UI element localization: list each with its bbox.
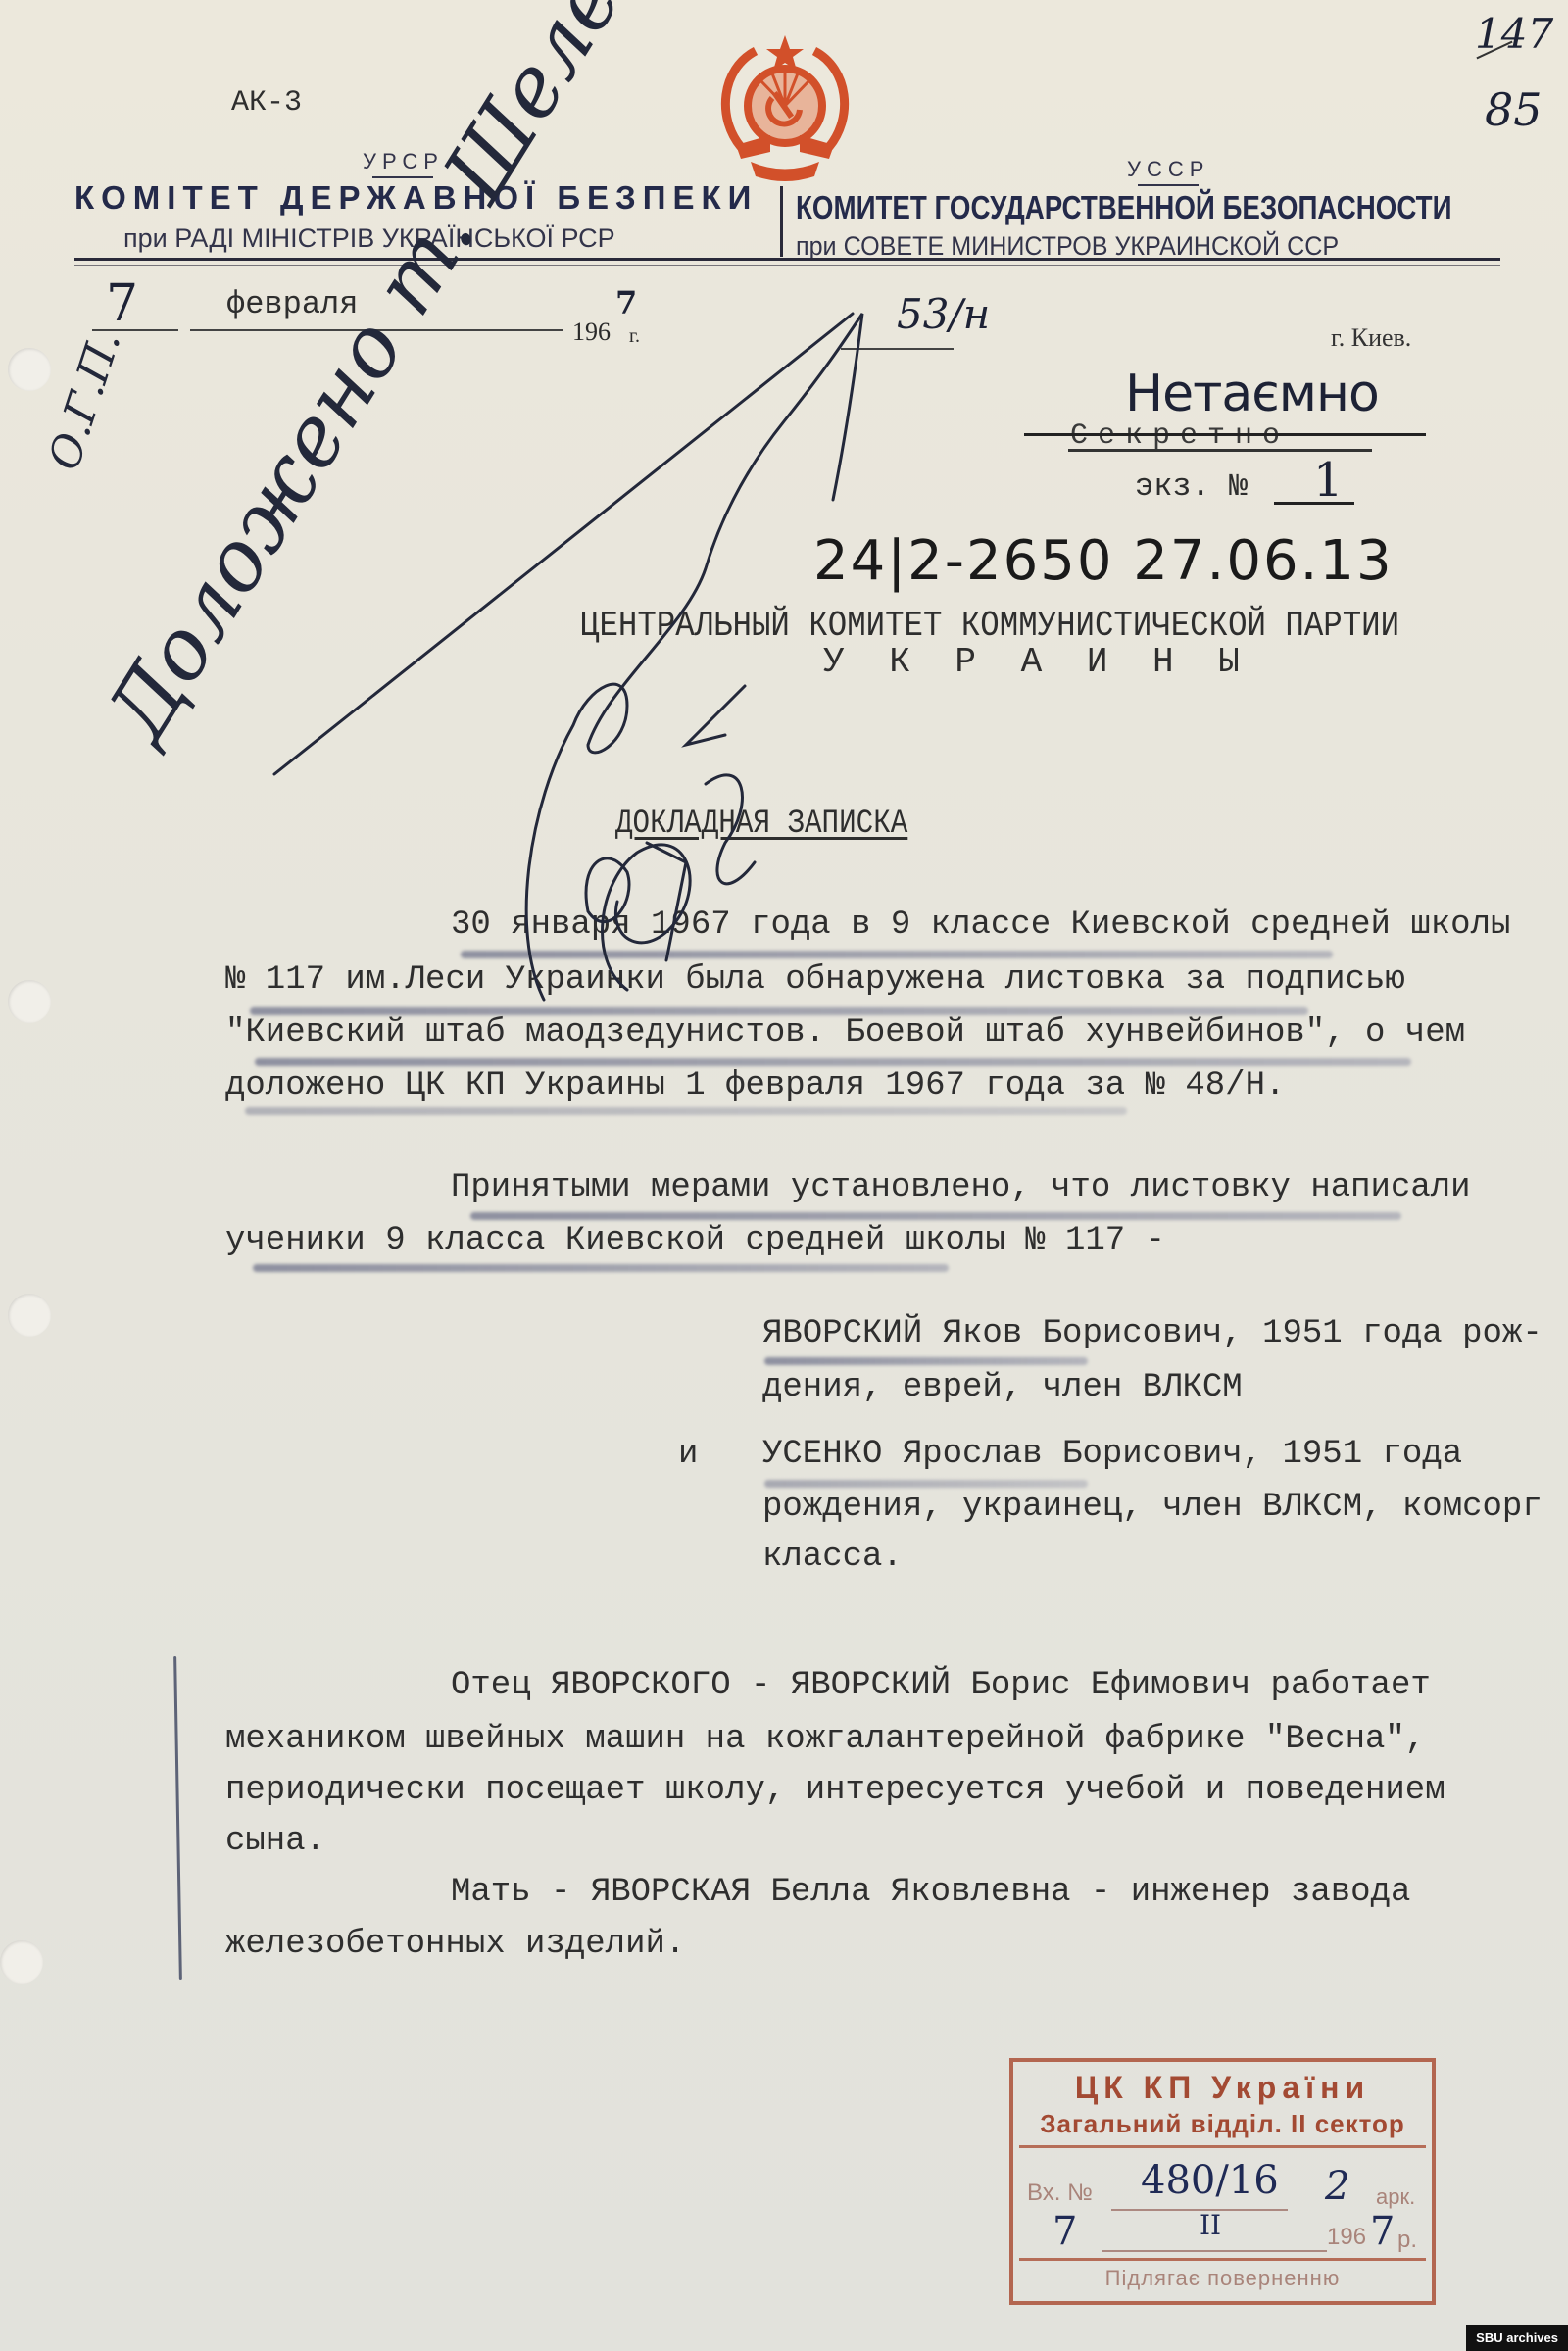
paragraph3-line: сына. [225,1823,325,1860]
stamp-sheets-count: 2 [1325,2164,1349,2209]
paragraph3-line: механиком швейных машин на кожгалантерей… [225,1721,1425,1758]
pencil-highlight [764,1357,1088,1365]
punch-hole [0,1940,43,1984]
stamp-line2: Загальний відділ. II сектор [1013,2109,1432,2139]
stamp-incoming-number: 480/16 [1141,2158,1279,2203]
paragraph4-line: железобетонных изделий. [225,1926,685,1963]
stamp-line1: ЦК КП України [1013,2070,1432,2106]
stamp-year-prefix: 196 [1327,2224,1366,2251]
paragraph3-line: Отец ЯВОРСКОГО - ЯВОРСКИЙ Борис Ефимович… [451,1667,1431,1704]
punch-hole [8,1294,51,1337]
stamp-day: 7 [1053,2209,1077,2254]
paragraph3-line: периодически посещает школу, интересуетс… [225,1772,1445,1809]
stamp-year-abbrev: р. [1397,2227,1417,2254]
person2-line: рождения, украинец, член ВЛКСМ, комсорг [762,1489,1543,1526]
stamp-sheets-label: арк. [1376,2184,1415,2210]
stamp-incoming-label: Вх. № [1027,2180,1093,2207]
person2-line: УСЕНКО Ярослав Борисович, 1951 года [762,1436,1462,1473]
person2-line: класса. [762,1539,903,1576]
margin-pencil-line [173,1656,182,1980]
source-credit: SBU archives [1466,2325,1568,2351]
stamp-year-suffix: 7 [1370,2209,1395,2254]
person1-line: дения, еврей, член ВЛКСМ [762,1369,1243,1406]
person1-line: ЯВОРСКИЙ Яков Борисович, 1951 года рож- [762,1315,1543,1352]
stamp-month: II [1200,2209,1221,2241]
registration-stamp: ЦК КП України Загальний відділ. II секто… [1009,2058,1436,2305]
paragraph4-line: Мать - ЯВОРСКАЯ Белла Яковлевна - инжене… [451,1874,1410,1911]
pencil-highlight [764,1480,1088,1488]
stamp-footer: Підлягає поверненню [1013,2266,1432,2291]
signature-strokes-icon [0,0,1568,1274]
conjunction: и [678,1436,698,1473]
